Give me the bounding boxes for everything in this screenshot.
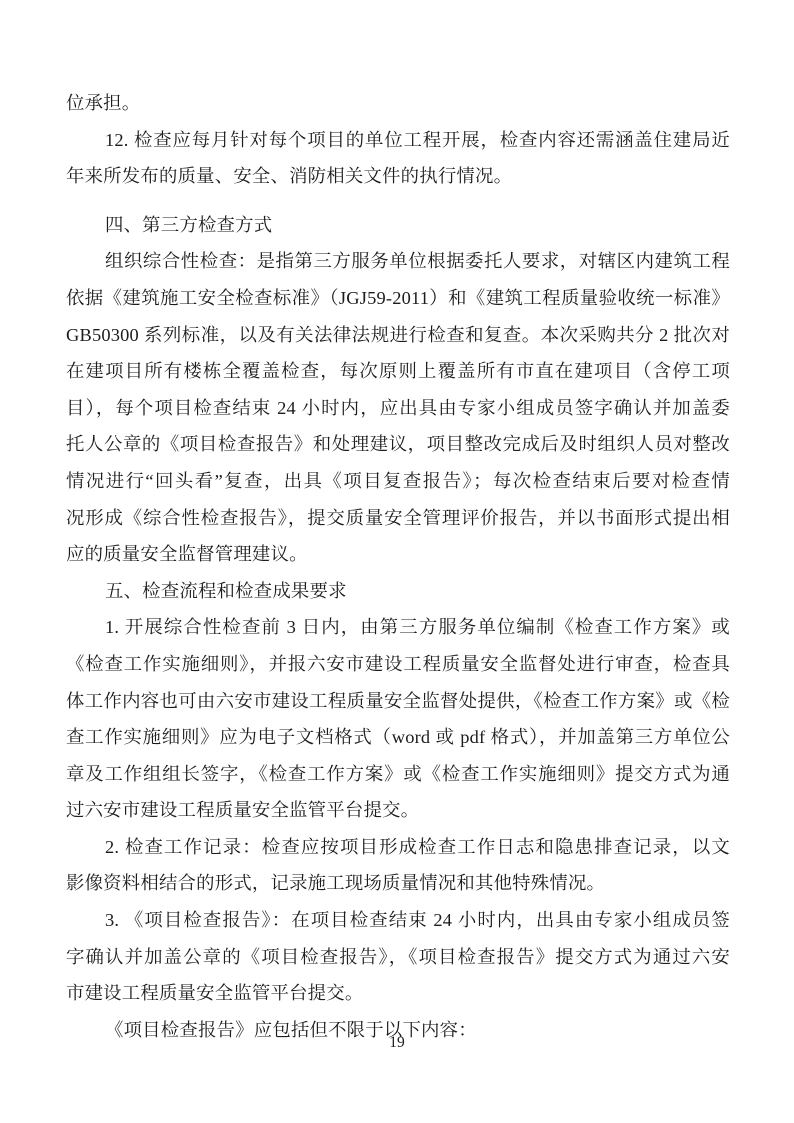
- text-line: 目），每个项目检查结束 24 小时内，应出具由专家小组成员签字确认并加盖委: [66, 390, 730, 427]
- text-line: 情况进行“回头看”复查，出具《项目复查报告》；每次检查结束后要对检查情: [66, 463, 730, 500]
- text-line: 《检查工作实施细则》，并报六安市建设工程质量安全监督处进行审查，检查具: [66, 646, 730, 683]
- text-line: 依据《建筑施工安全检查标准》（JGJ59-2011）和《建筑工程质量验收统一标准…: [66, 280, 730, 317]
- text-line: GB50300 系列标准，以及有关法律法规进行检查和复查。本次采购共分 2 批次…: [66, 317, 730, 354]
- text-line: 字确认并加盖公章的《项目检查报告》，《项目检查报告》提交方式为通过六安: [66, 939, 730, 976]
- text-line: 在建项目所有楼栋全覆盖检查，每次原则上覆盖所有市直在建项目（含停工项: [66, 353, 730, 390]
- text-line: 应的质量安全监督管理建议。: [66, 536, 730, 573]
- text-line: 组织综合性检查：是指第三方服务单位根据委托人要求，对辖区内建筑工程: [66, 243, 730, 280]
- text-line: 托人公章的《项目检查报告》和处理建议，项目整改完成后及时组织人员对整改: [66, 426, 730, 463]
- text-line: 3. 《项目检查报告》：在项目检查结束 24 小时内，出具由专家小组成员签: [66, 902, 730, 939]
- section-heading: 五、检查流程和检查成果要求: [66, 573, 730, 610]
- document-page: 位承担。12. 检查应每月针对每个项目的单位工程开展，检查内容还需涵盖住建局近年…: [0, 0, 794, 1123]
- text-line: 章及工作组组长签字，《检查工作方案》或《检查工作实施细则》提交方式为通: [66, 756, 730, 793]
- text-line: 过六安市建设工程质量安全监管平台提交。: [66, 792, 730, 829]
- document-body: 位承担。12. 检查应每月针对每个项目的单位工程开展，检查内容还需涵盖住建局近年…: [66, 85, 730, 1048]
- text-line: 影像资料相结合的形式，记录施工现场质量情况和其他特殊情况。: [66, 865, 730, 902]
- text-line: 况形成《综合性检查报告》，提交质量安全管理评价报告，并以书面形式提出相: [66, 500, 730, 537]
- text-line: 位承担。: [66, 85, 730, 122]
- text-line: 查工作实施细则》应为电子文档格式（word 或 pdf 格式），并加盖第三方单位…: [66, 719, 730, 756]
- text-line: 12. 检查应每月针对每个项目的单位工程开展，检查内容还需涵盖住建局近: [66, 122, 730, 159]
- text-line: 1. 开展综合性检查前 3 日内，由第三方服务单位编制《检查工作方案》或: [66, 609, 730, 646]
- section-heading: 四、第三方检查方式: [66, 207, 730, 244]
- text-line: 市建设工程质量安全监管平台提交。: [66, 975, 730, 1012]
- text-line: 2. 检查工作记录：检查应按项目形成检查工作日志和隐患排查记录，以文字、: [66, 829, 730, 866]
- text-line: 年来所发布的质量、安全、消防相关文件的执行情况。: [66, 158, 730, 195]
- page-number: 19: [0, 1033, 794, 1053]
- text-line: 体工作内容也可由六安市建设工程质量安全监督处提供，《检查工作方案》或《检: [66, 683, 730, 720]
